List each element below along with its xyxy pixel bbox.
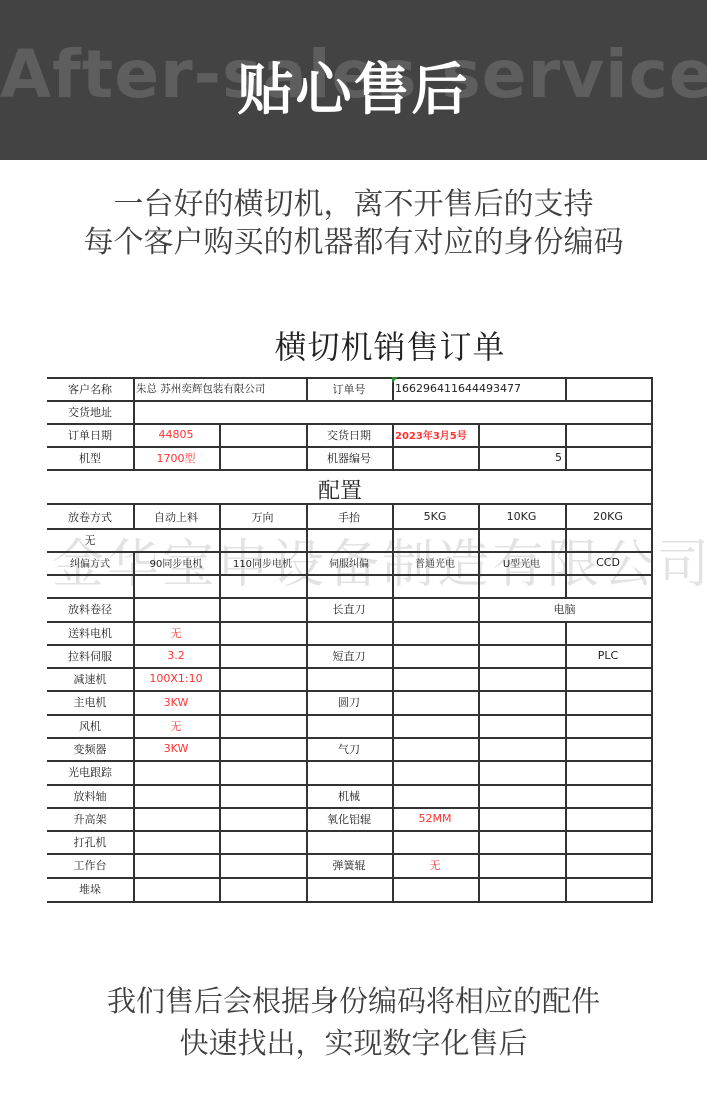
- inverter-value: 3KW: [133, 737, 219, 760]
- grid-line: [392, 760, 394, 784]
- grid-line: [306, 667, 308, 690]
- unwind-shaft-label: 放料轴: [47, 784, 133, 807]
- grid-line: [306, 574, 308, 597]
- grid-line: [133, 807, 135, 830]
- grid-line: [392, 621, 394, 644]
- grid-line: [565, 877, 567, 901]
- order-title: 横切机销售订单: [0, 322, 707, 368]
- grid-line: [565, 714, 567, 737]
- grid-line: [478, 807, 480, 830]
- electric-value: 电脑: [478, 597, 651, 621]
- outro-line-2: 快速找出，实现数字化售后: [0, 1022, 707, 1064]
- alumina-roller-value: 52MM: [392, 807, 478, 830]
- grid-line: [219, 807, 221, 830]
- grid-line: [565, 807, 567, 830]
- correction-option: 110同步电机: [219, 551, 306, 574]
- grid-line: [306, 621, 308, 644]
- alumina-roller-label: 氧化铝辊: [306, 807, 392, 830]
- grid-line: [219, 737, 221, 760]
- grid-line: [219, 714, 221, 737]
- grid-line: [133, 597, 135, 621]
- grid-line: [133, 400, 135, 423]
- main-motor-label: 主电机: [47, 690, 133, 714]
- header-banner: After-sales service 贴心售后: [0, 0, 707, 160]
- grid-line: [219, 667, 221, 690]
- grid-line: [565, 423, 567, 446]
- grid-line: [478, 644, 480, 667]
- grid-line: [47, 574, 653, 576]
- grid-line: [392, 667, 394, 690]
- grid-line: [392, 690, 394, 714]
- grid-line: [392, 528, 394, 551]
- reducer-value: 100X1:10: [133, 667, 219, 690]
- grid-line: [478, 784, 480, 807]
- pull-servo-value: 3.2: [133, 644, 219, 667]
- air-knife-label: 气刀: [306, 737, 392, 760]
- machine-no-value: 5: [392, 446, 565, 469]
- correction-option: CCD: [565, 551, 651, 574]
- banner-title: 贴心售后: [0, 46, 707, 126]
- pull-servo-label: 拉料伺服: [47, 644, 133, 667]
- grid-line: [133, 784, 135, 807]
- grid-line: [219, 830, 221, 853]
- none-label: 无: [47, 528, 133, 551]
- correction-option: 普通光电: [392, 551, 478, 574]
- outro-line-1: 我们售后会根据身份编码将相应的配件: [0, 980, 707, 1022]
- grid-line: [392, 597, 394, 621]
- unwind-label: 放卷方式: [47, 505, 133, 528]
- grid-line: [219, 760, 221, 784]
- grid-line: [219, 690, 221, 714]
- reducer-label: 减速机: [47, 667, 133, 690]
- inverter-label: 变频器: [47, 737, 133, 760]
- unwind-option: 10KG: [478, 505, 565, 528]
- grid-line: [306, 528, 308, 551]
- delivery-date-value: 2023年3月5号: [392, 423, 478, 446]
- punch-label: 打孔机: [47, 830, 133, 853]
- order-date-value: 44805: [133, 423, 219, 446]
- unwind-diameter-label: 放料卷径: [47, 597, 133, 621]
- unwind-option: 手抬: [306, 505, 392, 528]
- correction-label: 纠偏方式: [47, 551, 133, 574]
- grid-line: [565, 446, 567, 469]
- workbench-label: 工作台: [47, 853, 133, 877]
- model-label: 机型: [47, 446, 133, 469]
- grid-line: [47, 528, 653, 530]
- correction-option: U型光电: [478, 551, 565, 574]
- grid-line: [651, 377, 653, 901]
- grid-line: [306, 760, 308, 784]
- grid-line: [565, 528, 567, 551]
- grid-line: [392, 784, 394, 807]
- grid-line: [47, 400, 653, 402]
- feed-motor-value: 无: [133, 621, 219, 644]
- grid-line: [219, 621, 221, 644]
- grid-line: [306, 830, 308, 853]
- grid-line: [219, 784, 221, 807]
- fan-value: 无: [133, 714, 219, 737]
- order-no-value: 166296411644493477: [392, 377, 565, 400]
- grid-line: [392, 714, 394, 737]
- grid-line: [565, 853, 567, 877]
- grid-line: [133, 877, 135, 901]
- grid-line: [478, 423, 480, 446]
- grid-line: [392, 877, 394, 901]
- grid-line: [478, 528, 480, 551]
- intro-line-1: 一台好的横切机，离不开售后的支持: [0, 186, 707, 224]
- feed-motor-label: 送料电机: [47, 621, 133, 644]
- grid-line: [219, 877, 221, 901]
- grid-line: [133, 853, 135, 877]
- spring-roller-value: 无: [392, 853, 478, 877]
- grid-line: [47, 877, 653, 879]
- round-knife-label: 圆刀: [306, 690, 392, 714]
- grid-line: [565, 760, 567, 784]
- order-no-label: 订单号: [306, 377, 392, 400]
- lift-frame-label: 升高架: [47, 807, 133, 830]
- grid-line: [478, 760, 480, 784]
- outro-text: 我们售后会根据身份编码将相应的配件 快速找出，实现数字化售后: [0, 980, 707, 1064]
- grid-line: [565, 830, 567, 853]
- stacking-label: 堆垛: [47, 877, 133, 901]
- grid-line: [306, 714, 308, 737]
- grid-line: [219, 574, 221, 597]
- photo-tracking-label: 光电跟踪: [47, 760, 133, 784]
- grid-line: [478, 830, 480, 853]
- grid-line: [478, 574, 480, 597]
- grid-line: [565, 574, 567, 597]
- grid-line: [219, 423, 221, 446]
- grid-line: [133, 830, 135, 853]
- address-label: 交货地址: [47, 400, 133, 423]
- grid-line: [478, 667, 480, 690]
- unwind-option: 5KG: [392, 505, 478, 528]
- grid-line: [392, 737, 394, 760]
- customer-label: 客户名称: [47, 377, 133, 400]
- delivery-date-label: 交货日期: [306, 423, 392, 446]
- unwind-option: 自动上料: [133, 505, 219, 528]
- main-motor-value: 3KW: [133, 690, 219, 714]
- correction-option: 90同步电机: [133, 551, 219, 574]
- order-date-label: 订单日期: [47, 423, 133, 446]
- grid-line: [565, 737, 567, 760]
- grid-line: [565, 377, 567, 400]
- grid-line: [219, 528, 221, 551]
- intro-line-2: 每个客户购买的机器都有对应的身份编码: [0, 224, 707, 262]
- grid-line: [133, 574, 135, 597]
- correction-option: 伺服纠偏: [306, 551, 392, 574]
- grid-line: [478, 621, 480, 644]
- grid-line: [47, 901, 653, 903]
- grid-line: [392, 574, 394, 597]
- model-value: 1700型: [133, 446, 219, 469]
- grid-line: [565, 621, 567, 644]
- grid-line: [392, 644, 394, 667]
- grid-line: [47, 469, 653, 471]
- grid-line: [219, 597, 221, 621]
- grid-line: [478, 853, 480, 877]
- plc-value: PLC: [565, 644, 651, 667]
- intro-text: 一台好的横切机，离不开售后的支持 每个客户购买的机器都有对应的身份编码: [0, 186, 707, 262]
- grid-line: [392, 830, 394, 853]
- grid-line: [47, 760, 653, 762]
- unwind-option: 20KG: [565, 505, 651, 528]
- spring-roller-label: 弹簧辊: [306, 853, 392, 877]
- machine-no-label: 机器编号: [306, 446, 392, 469]
- config-title: 配置: [318, 474, 362, 505]
- grid-line: [478, 737, 480, 760]
- customer-value: 朱总 苏州奕辉包装有限公司: [133, 377, 306, 400]
- grid-line: [306, 877, 308, 901]
- grid-line: [565, 667, 567, 690]
- grid-line: [478, 877, 480, 901]
- grid-line: [219, 644, 221, 667]
- grid-line: [478, 714, 480, 737]
- grid-line: [219, 446, 221, 469]
- grid-line: [478, 690, 480, 714]
- grid-line: [219, 853, 221, 877]
- fan-label: 风机: [47, 714, 133, 737]
- long-knife-label: 长直刀: [306, 597, 392, 621]
- grid-line: [565, 784, 567, 807]
- grid-line: [47, 830, 653, 832]
- grid-line: [133, 760, 135, 784]
- mechanical-label: 机械: [306, 784, 392, 807]
- grid-line: [565, 690, 567, 714]
- unwind-option: 万向: [219, 505, 306, 528]
- short-knife-label: 短直刀: [306, 644, 392, 667]
